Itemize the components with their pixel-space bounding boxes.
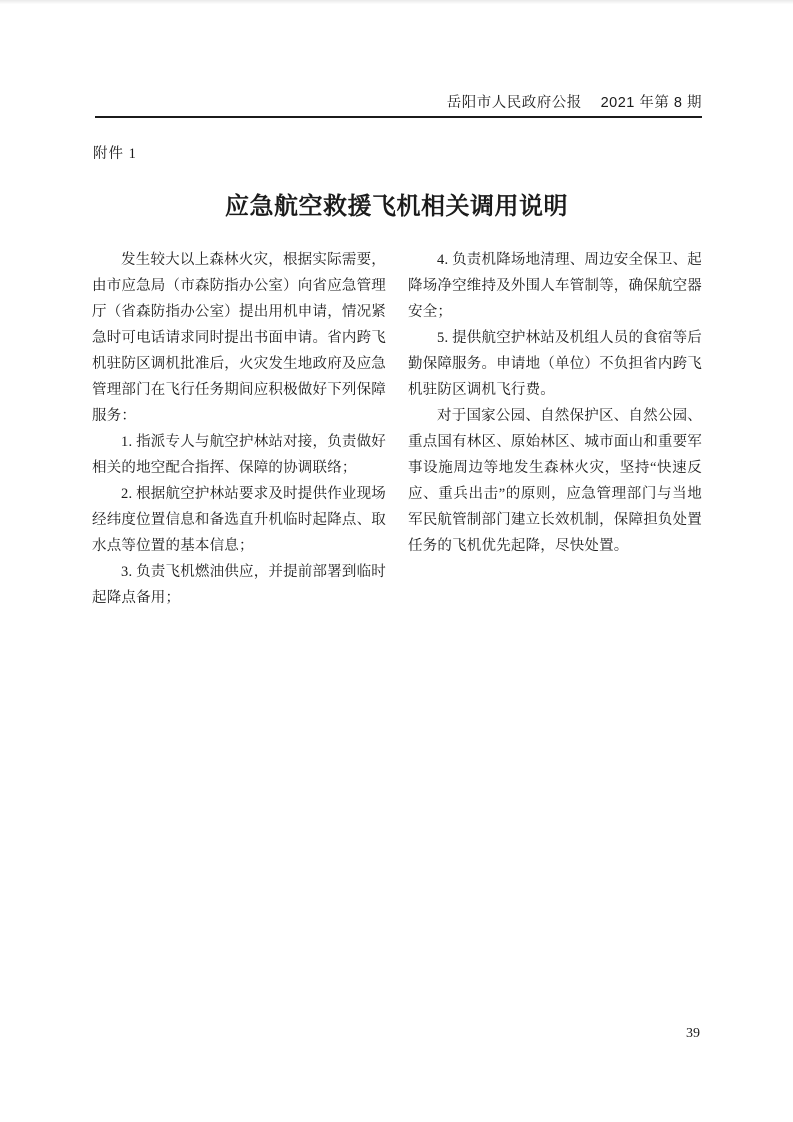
running-header: 岳阳市人民政府公报2021 年第 8 期 <box>95 91 702 112</box>
page-number: 39 <box>0 1026 793 1042</box>
publication-name: 岳阳市人民政府公报 <box>447 95 582 111</box>
body-columns: 发生较大以上森林火灾，根据实际需要，由市应急局（市森防指办公室）向省应急管理厅（… <box>92 247 702 611</box>
body-paragraph: 发生较大以上森林火灾，根据实际需要，由市应急局（市森防指办公室）向省应急管理厅（… <box>92 247 386 429</box>
body-paragraph: 1. 指派专人与航空护林站对接，负责做好相关的地空配合指挥、保障的协调联络； <box>92 429 386 481</box>
issue-label: 2021 年第 8 期 <box>601 95 702 111</box>
right-column: 4. 负责机降场地清理、周边安全保卫、起降场净空维持及外围人车管制等，确保航空器… <box>408 247 702 611</box>
gazette-page: 岳阳市人民政府公报2021 年第 8 期 附件 1 应急航空救援飞机相关调用说明… <box>0 0 793 1122</box>
scan-edge-artifact <box>0 0 793 4</box>
document-title: 应急航空救援飞机相关调用说明 <box>0 186 793 221</box>
body-paragraph: 对于国家公园、自然保护区、自然公园、重点国有林区、原始林区、城市面山和重要军事设… <box>408 403 702 559</box>
attachment-label: 附件 1 <box>93 142 137 163</box>
header-rule <box>95 116 702 118</box>
body-paragraph: 4. 负责机降场地清理、周边安全保卫、起降场净空维持及外围人车管制等，确保航空器… <box>408 247 702 325</box>
left-column: 发生较大以上森林火灾，根据实际需要，由市应急局（市森防指办公室）向省应急管理厅（… <box>92 247 386 611</box>
body-paragraph: 5. 提供航空护林站及机组人员的食宿等后勤保障服务。申请地（单位）不负担省内跨飞… <box>408 325 702 403</box>
body-paragraph: 2. 根据航空护林站要求及时提供作业现场经纬度位置信息和备选直升机临时起降点、取… <box>92 481 386 559</box>
body-paragraph: 3. 负责飞机燃油供应，并提前部署到临时起降点备用； <box>92 559 386 611</box>
